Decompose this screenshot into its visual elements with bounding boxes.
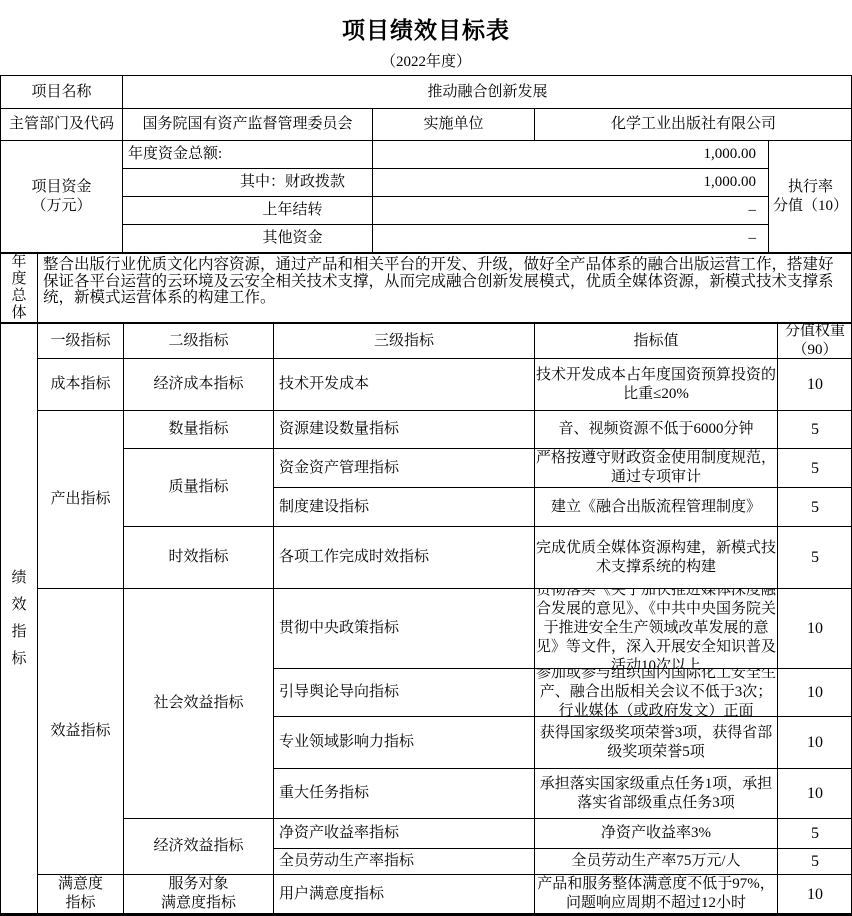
level3-name: 技术开发成本 (273, 358, 534, 410)
indicator-value: 获得国家级奖项荣誉3项，获得省部级奖项荣誉5项 (534, 716, 777, 768)
level3-name: 重大任务指标 (273, 768, 534, 818)
funding-label-line2: （万元） (31, 197, 91, 216)
indicator-score: 5 (777, 818, 852, 848)
funding-row-total-label: 年度资金总额: (122, 140, 372, 168)
level3-name: 净资产收益率指标 (273, 818, 534, 848)
indicator-value: 严格按遵守财政资金使用制度规范，通过专项审计 (534, 448, 777, 487)
level2-social: 社会效益指标 (123, 588, 273, 818)
header-level2: 二级指标 (123, 322, 273, 358)
level1-satisfaction: 满意度 指标 (37, 874, 123, 913)
indicator-value: 承担落实国家级重点任务1项，承担落实省部级重点任务3项 (534, 768, 777, 818)
header-weight-line2: （90） (785, 341, 845, 358)
exec-rate-line1: 执行率 (773, 178, 848, 197)
page-title: 项目绩效目标表 (0, 12, 852, 45)
indicator-score: 5 (777, 448, 852, 487)
funding-row-total-value: 1,000.00 (372, 140, 768, 168)
indicator-value: 净资产收益率3% (534, 818, 777, 848)
indicator-value: 产品和服务整体满意度不低于97%，问题响应周期不超过12小时 (534, 874, 777, 913)
indicator-score: 10 (777, 588, 852, 668)
dept-value: 国务院国有资产监督管理委员会 (122, 108, 372, 140)
indicator-value: 音、视频资源不低于6000分钟 (534, 410, 777, 448)
header-level3: 三级指标 (273, 322, 534, 358)
level1-benefit: 效益指标 (37, 588, 123, 874)
funding-row-carryover-label: 上年结转 (122, 196, 372, 224)
indicator-score: 10 (777, 716, 852, 768)
level2-service-line2: 满意度指标 (161, 894, 236, 913)
indicator-score: 10 (777, 668, 852, 716)
exec-rate-line2: 分值（10） (773, 197, 848, 216)
indicator-value: 贯彻落实《关于加快推进媒体深度融合发展的意见》、《中共中央国务院关于推进安全生产… (534, 588, 777, 668)
level3-name: 资金资产管理指标 (273, 448, 534, 487)
funding-row-fiscal-value: 1,000.00 (372, 168, 768, 196)
level3-name: 制度建设指标 (273, 487, 534, 526)
level2-econ-cost: 经济成本指标 (123, 358, 273, 410)
level2-service: 服务对象 满意度指标 (123, 874, 273, 913)
header-level1: 一级指标 (37, 322, 123, 358)
indicator-score: 5 (777, 526, 852, 588)
indicator-score: 5 (777, 487, 852, 526)
funding-row-other-value: – (372, 224, 768, 252)
level3-name: 各项工作完成时效指标 (273, 526, 534, 588)
indicator-score: 10 (777, 358, 852, 410)
level3-name: 用户满意度指标 (273, 874, 534, 913)
dept-label: 主管部门及代码 (0, 108, 122, 140)
indicator-value: 参加或参与组织国内国际化工安全生产、融合出版相关会议不低于3次；行业媒体（或政府… (534, 668, 777, 716)
level2-quality: 质量指标 (123, 448, 273, 526)
level1-satisfaction-line2: 指标 (58, 894, 103, 913)
annual-goal-side-label: 年度总体 (0, 252, 37, 322)
header-weight-line1: 分值权重 (785, 322, 845, 341)
funding-row-other-label: 其他资金 (122, 224, 372, 252)
indicator-value: 技术开发成本占年度国资预算投资的比重≤20% (534, 358, 777, 410)
project-name-value: 推动融合创新发展 (122, 75, 852, 108)
indicator-value: 建立《融合出版流程管理制度》 (534, 487, 777, 526)
impl-unit-label: 实施单位 (372, 108, 534, 140)
level3-name: 全员劳动生产率指标 (273, 848, 534, 874)
level1-satisfaction-line1: 满意度 (58, 875, 103, 894)
annual-goal-text: 整合出版行业优质文化内容资源，通过产品和相关平台的开发、升级，做好全产品体系的融… (37, 252, 852, 322)
funding-row-carryover-value: – (372, 196, 768, 224)
level3-name: 资源建设数量指标 (273, 410, 534, 448)
level3-name: 引导舆论导向指标 (273, 668, 534, 716)
funding-label-line1: 项目资金 (31, 178, 91, 197)
performance-target-document: 项目绩效目标表 （2022年度） 项目名称 推动融合创新发展 主管部门及代码 国… (0, 0, 852, 916)
level1-cost: 成本指标 (37, 358, 123, 410)
level3-name: 贯彻中央政策指标 (273, 588, 534, 668)
indicator-score: 5 (777, 848, 852, 874)
header-weight: 分值权重 （90） (777, 322, 852, 358)
indicator-value: 完成优质全媒体资源构建，新模式技术支撑系统的构建 (534, 526, 777, 588)
indicators-side-label: 绩效指标 (0, 322, 37, 913)
page-subtitle: （2022年度） (0, 50, 852, 71)
level2-service-line1: 服务对象 (161, 875, 236, 894)
indicator-value: 全员劳动生产率75万元/人 (534, 848, 777, 874)
level3-name: 专业领域影响力指标 (273, 716, 534, 768)
project-name-label: 项目名称 (0, 75, 122, 108)
level2-timeliness: 时效指标 (123, 526, 273, 588)
funding-label: 项目资金 （万元） (0, 140, 122, 252)
header-value: 指标值 (534, 322, 777, 358)
indicator-score: 10 (777, 874, 852, 913)
indicator-score: 5 (777, 410, 852, 448)
indicator-score: 10 (777, 768, 852, 818)
level2-economic: 经济效益指标 (123, 818, 273, 874)
impl-unit-value: 化学工业出版社有限公司 (534, 108, 852, 140)
exec-rate-score-label: 执行率 分值（10） (768, 140, 852, 252)
funding-row-fiscal-label: 其中：财政拨款 (122, 168, 372, 196)
level1-output: 产出指标 (37, 410, 123, 588)
level2-quantity: 数量指标 (123, 410, 273, 448)
